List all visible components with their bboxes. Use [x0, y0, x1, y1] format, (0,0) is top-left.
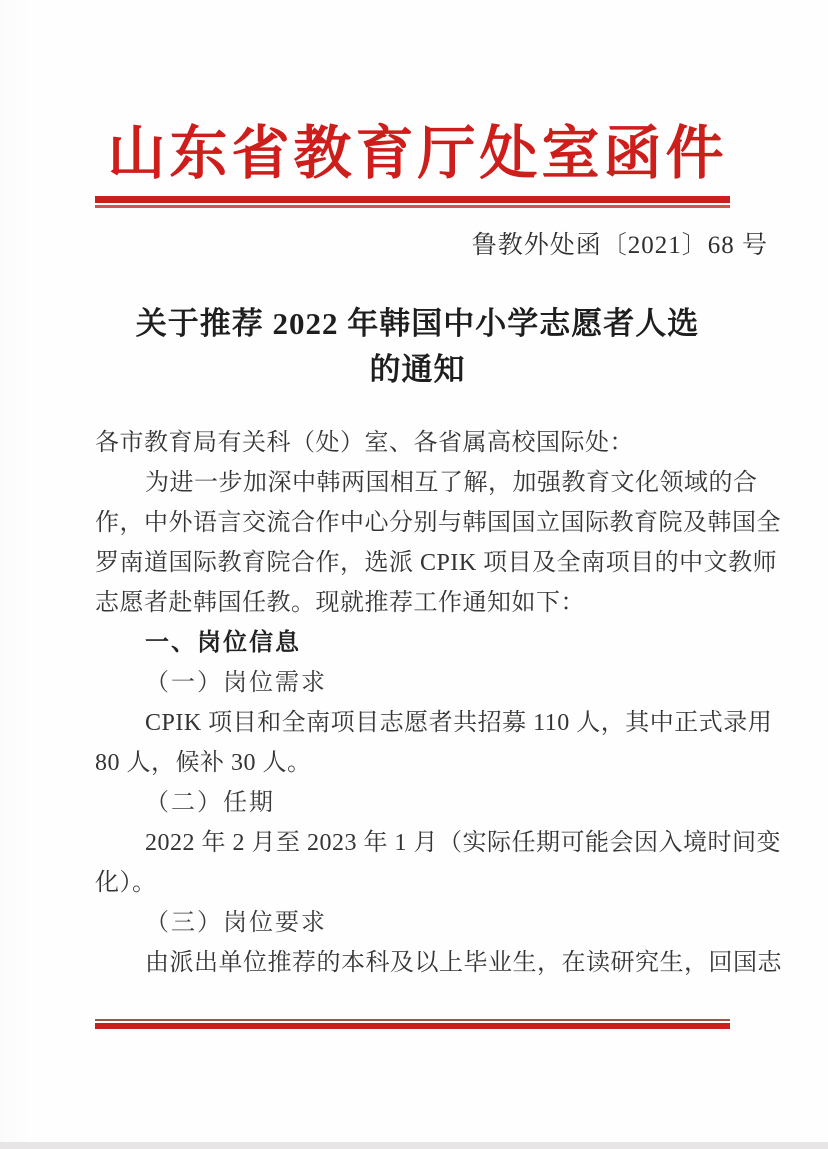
document-line: 由派出单位推荐的本科及以上毕业生，在读研究生，回国志: [95, 943, 743, 983]
document-title: 关于推荐 2022 年韩国中小学志愿者人选 的通知: [95, 301, 740, 393]
masthead-title: 山东省教育厅处室函件: [95, 118, 740, 190]
document-line: 志愿者赴韩国任教。现就推荐工作通知如下：: [95, 583, 743, 623]
document-line: 化）。: [95, 863, 743, 903]
document-line: （二）任期: [95, 783, 743, 823]
document-line: 罗南道国际教育院合作，选派 CPIK 项目及全南项目的中文教师: [95, 543, 743, 583]
document-body: 各市教育局有关科（处）室、各省属高校国际处：为进一步加深中韩两国相互了解，加强教…: [95, 423, 743, 983]
masthead-rule-thin: [95, 205, 730, 208]
document-line: 作，中外语言交流合作中心分别与韩国国立国际教育院及韩国全: [95, 503, 743, 543]
document-line: CPIK 项目和全南项目志愿者共招募 110 人，其中正式录用: [95, 703, 743, 743]
photo-edge-bottom: [0, 1142, 828, 1149]
document-line: 2022 年 2 月至 2023 年 1 月（实际任期可能会因入境时间变: [95, 823, 743, 863]
footer-rule: [95, 1019, 730, 1029]
document-line: （一）岗位需求: [95, 663, 743, 703]
masthead-rule: [95, 196, 730, 208]
document-page: 山东省教育厅处室函件 鲁教外处函〔2021〕68 号 关于推荐 2022 年韩国…: [0, 0, 828, 1149]
document-line: 各市教育局有关科（处）室、各省属高校国际处：: [95, 423, 743, 463]
photo-edge-left: [0, 0, 34, 1149]
masthead-rule-thick: [95, 196, 730, 203]
footer-rule-thick: [95, 1023, 730, 1029]
document-number: 鲁教外处函〔2021〕68 号: [472, 230, 768, 262]
document-line: （三）岗位要求: [95, 903, 743, 943]
document-title-line2: 的通知: [95, 347, 740, 393]
document-line: 80 人，候补 30 人。: [95, 743, 743, 783]
document-line: 为进一步加深中韩两国相互了解，加强教育文化领域的合: [95, 463, 743, 503]
document-line: 一、岗位信息: [95, 623, 743, 663]
document-title-line1: 关于推荐 2022 年韩国中小学志愿者人选: [95, 301, 740, 347]
